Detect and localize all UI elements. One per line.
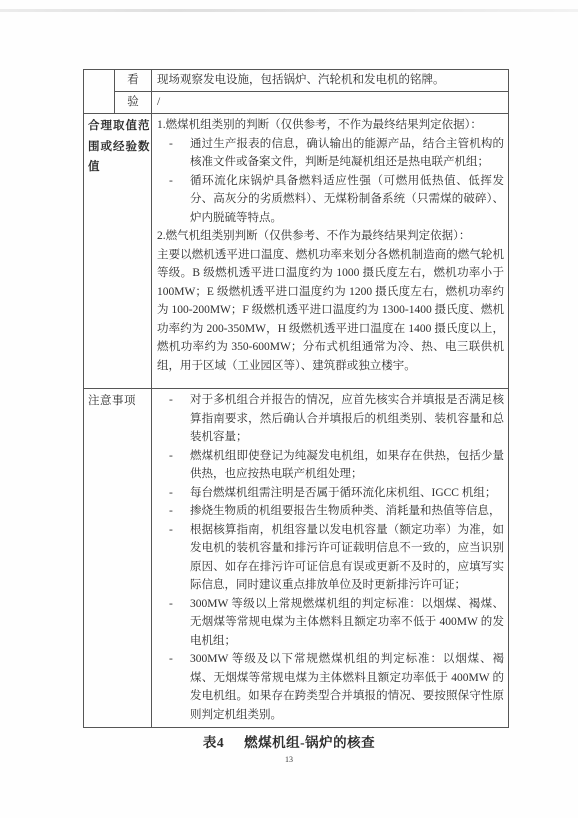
method-content-verify: / — [152, 92, 509, 114]
bullet-marker: - — [169, 484, 173, 503]
bullet-marker: - — [169, 595, 173, 614]
page-number: 13 — [0, 755, 578, 764]
bullet-marker: - — [169, 502, 173, 521]
bullet-marker: - — [169, 172, 173, 191]
row-header-text: 注意事项 — [84, 389, 152, 414]
item-text: 对于多机组合并报告的情况，应首先核实合并填报是否满足核算指南要求，然后确认合并填… — [190, 394, 504, 443]
caption-label: 表4 — [203, 735, 224, 750]
table-row-method-verify: 验 / — [84, 92, 509, 114]
notes-content-cell: -对于多机组合并报告的情况，应首先核实合并填报是否满足核算指南要求，然后确认合并… — [152, 389, 509, 728]
item-text: 每台燃煤机组需注明是否属于循环流化床机组、IGCC 机组； — [190, 487, 496, 499]
item-text: 300MW 等级及以下常规燃煤机组的判定标准：以烟煤、褐煤、无烟煤等常规电煤为主… — [190, 653, 504, 721]
bullet-item: -燃煤机组即使登记为纯凝发电机组，如果存在供热，包括少量供热，也应按热电联产机组… — [157, 447, 504, 484]
bullet-item: -循环流化床锅炉具备燃料适应性强（可燃用低热值、低挥发分、高灰分的劣质燃料）、无… — [157, 172, 504, 228]
method-group-empty-cell — [84, 70, 115, 114]
item-text: 1.燃煤机组类别的判断（仅供参考，不作为最终结果判定依据）： — [157, 119, 482, 131]
scan-artifact-line — [0, 9, 578, 12]
paragraph: 主要以燃机透平进口温度、燃机功率来划分各燃机制造商的燃气轮机等级。B 级燃机透平… — [157, 246, 504, 376]
reasonable-range-content-cell: 1.燃煤机组类别的判断（仅供参考，不作为最终结果判定依据）：-通过生产报表的信息… — [152, 114, 509, 389]
row-header-reasonable-range: 合理取值范围或经验数值 — [84, 114, 152, 389]
caption-title: 燃煤机组-锅炉的核查 — [244, 735, 375, 750]
method-label-verify: 验 — [115, 92, 152, 114]
bullet-marker: - — [169, 521, 173, 540]
document-page: 看 现场观察发电设施，包括锅炉、汽轮机和发电机的铭牌。 验 / 合理取值范围或经… — [0, 0, 578, 818]
bullet-item: -根据核算指南，机组容量以发电机容量（额定功率）为准，如发电机的装机容量和排污许… — [157, 521, 504, 595]
row-header-notes: 注意事项 — [84, 389, 152, 728]
item-text: 根据核算指南，机组容量以发电机容量（额定功率）为准，如发电机的装机容量和排污许可… — [190, 524, 504, 592]
item-text: 主要以燃机透平进口温度、燃机功率来划分各燃机制造商的燃气轮机等级。B 级燃机透平… — [157, 249, 504, 372]
bullet-item: -对于多机组合并报告的情况，应首先核实合并填报是否满足核算指南要求，然后确认合并… — [157, 391, 504, 447]
item-text: 300MW 等级以上常规燃煤机组的判定标准：以烟煤、褐煤、无烟煤等常规电煤为主体… — [190, 598, 504, 647]
table-row-method-look: 看 现场观察发电设施，包括锅炉、汽轮机和发电机的铭牌。 — [84, 70, 509, 92]
bullet-marker: - — [169, 391, 173, 410]
section-content-reasonable-range: 1.燃煤机组类别的判断（仅供参考，不作为最终结果判定依据）：-通过生产报表的信息… — [152, 114, 508, 388]
method-content-look: 现场观察发电设施，包括锅炉、汽轮机和发电机的铭牌。 — [152, 70, 509, 92]
table-row-notes: 注意事项 -对于多机组合并报告的情况，应首先核实合并填报是否满足核算指南要求，然… — [84, 389, 509, 728]
bullet-marker: - — [169, 135, 173, 154]
item-text: 通过生产报表的信息，确认输出的能源产品，结合主管机构的核准文件或备案文件，判断是… — [190, 138, 504, 169]
item-text: 2.燃气机组类别判断（仅供参考、不作为最终结果判定依据）： — [157, 230, 470, 242]
table-caption: 表4燃煤机组-锅炉的核查 — [0, 731, 578, 751]
bullet-marker: - — [169, 447, 173, 466]
bullet-item: -掺烧生物质的机组要报告生物质种类、消耗量和热值等信息， — [157, 502, 504, 521]
method-label-look: 看 — [115, 70, 152, 92]
bullet-item: -每台燃煤机组需注明是否属于循环流化床机组、IGCC 机组； — [157, 484, 504, 503]
bullet-marker: - — [169, 650, 173, 669]
row-header-text: 合理取值范围或经验数值 — [84, 114, 152, 180]
bullet-item: -300MW 等级以上常规燃煤机组的判定标准：以烟煤、褐煤、无烟煤等常规电煤为主… — [157, 595, 504, 651]
paragraph: 1.燃煤机组类别的判断（仅供参考，不作为最终结果判定依据）： — [157, 116, 504, 135]
paragraph: 2.燃气机组类别判断（仅供参考、不作为最终结果判定依据）： — [157, 227, 504, 246]
verification-table: 看 现场观察发电设施，包括锅炉、汽轮机和发电机的铭牌。 验 / 合理取值范围或经… — [83, 69, 509, 728]
section-content-notes: -对于多机组合并报告的情况，应首先核实合并填报是否满足核算指南要求，然后确认合并… — [152, 389, 508, 727]
bullet-item: -通过生产报表的信息，确认输出的能源产品，结合主管机构的核准文件或备案文件，判断… — [157, 135, 504, 172]
item-text: 掺烧生物质的机组要报告生物质种类、消耗量和热值等信息， — [190, 505, 501, 517]
item-text: 燃煤机组即使登记为纯凝发电机组，如果存在供热，包括少量供热，也应按热电联产机组处… — [190, 450, 504, 481]
bullet-item: -300MW 等级及以下常规燃煤机组的判定标准：以烟煤、褐煤、无烟煤等常规电煤为… — [157, 650, 504, 724]
item-text: 循环流化床锅炉具备燃料适应性强（可燃用低热值、低挥发分、高灰分的劣质燃料）、无煤… — [190, 175, 504, 224]
table-row-reasonable-range: 合理取值范围或经验数值 1.燃煤机组类别的判断（仅供参考，不作为最终结果判定依据… — [84, 114, 509, 389]
